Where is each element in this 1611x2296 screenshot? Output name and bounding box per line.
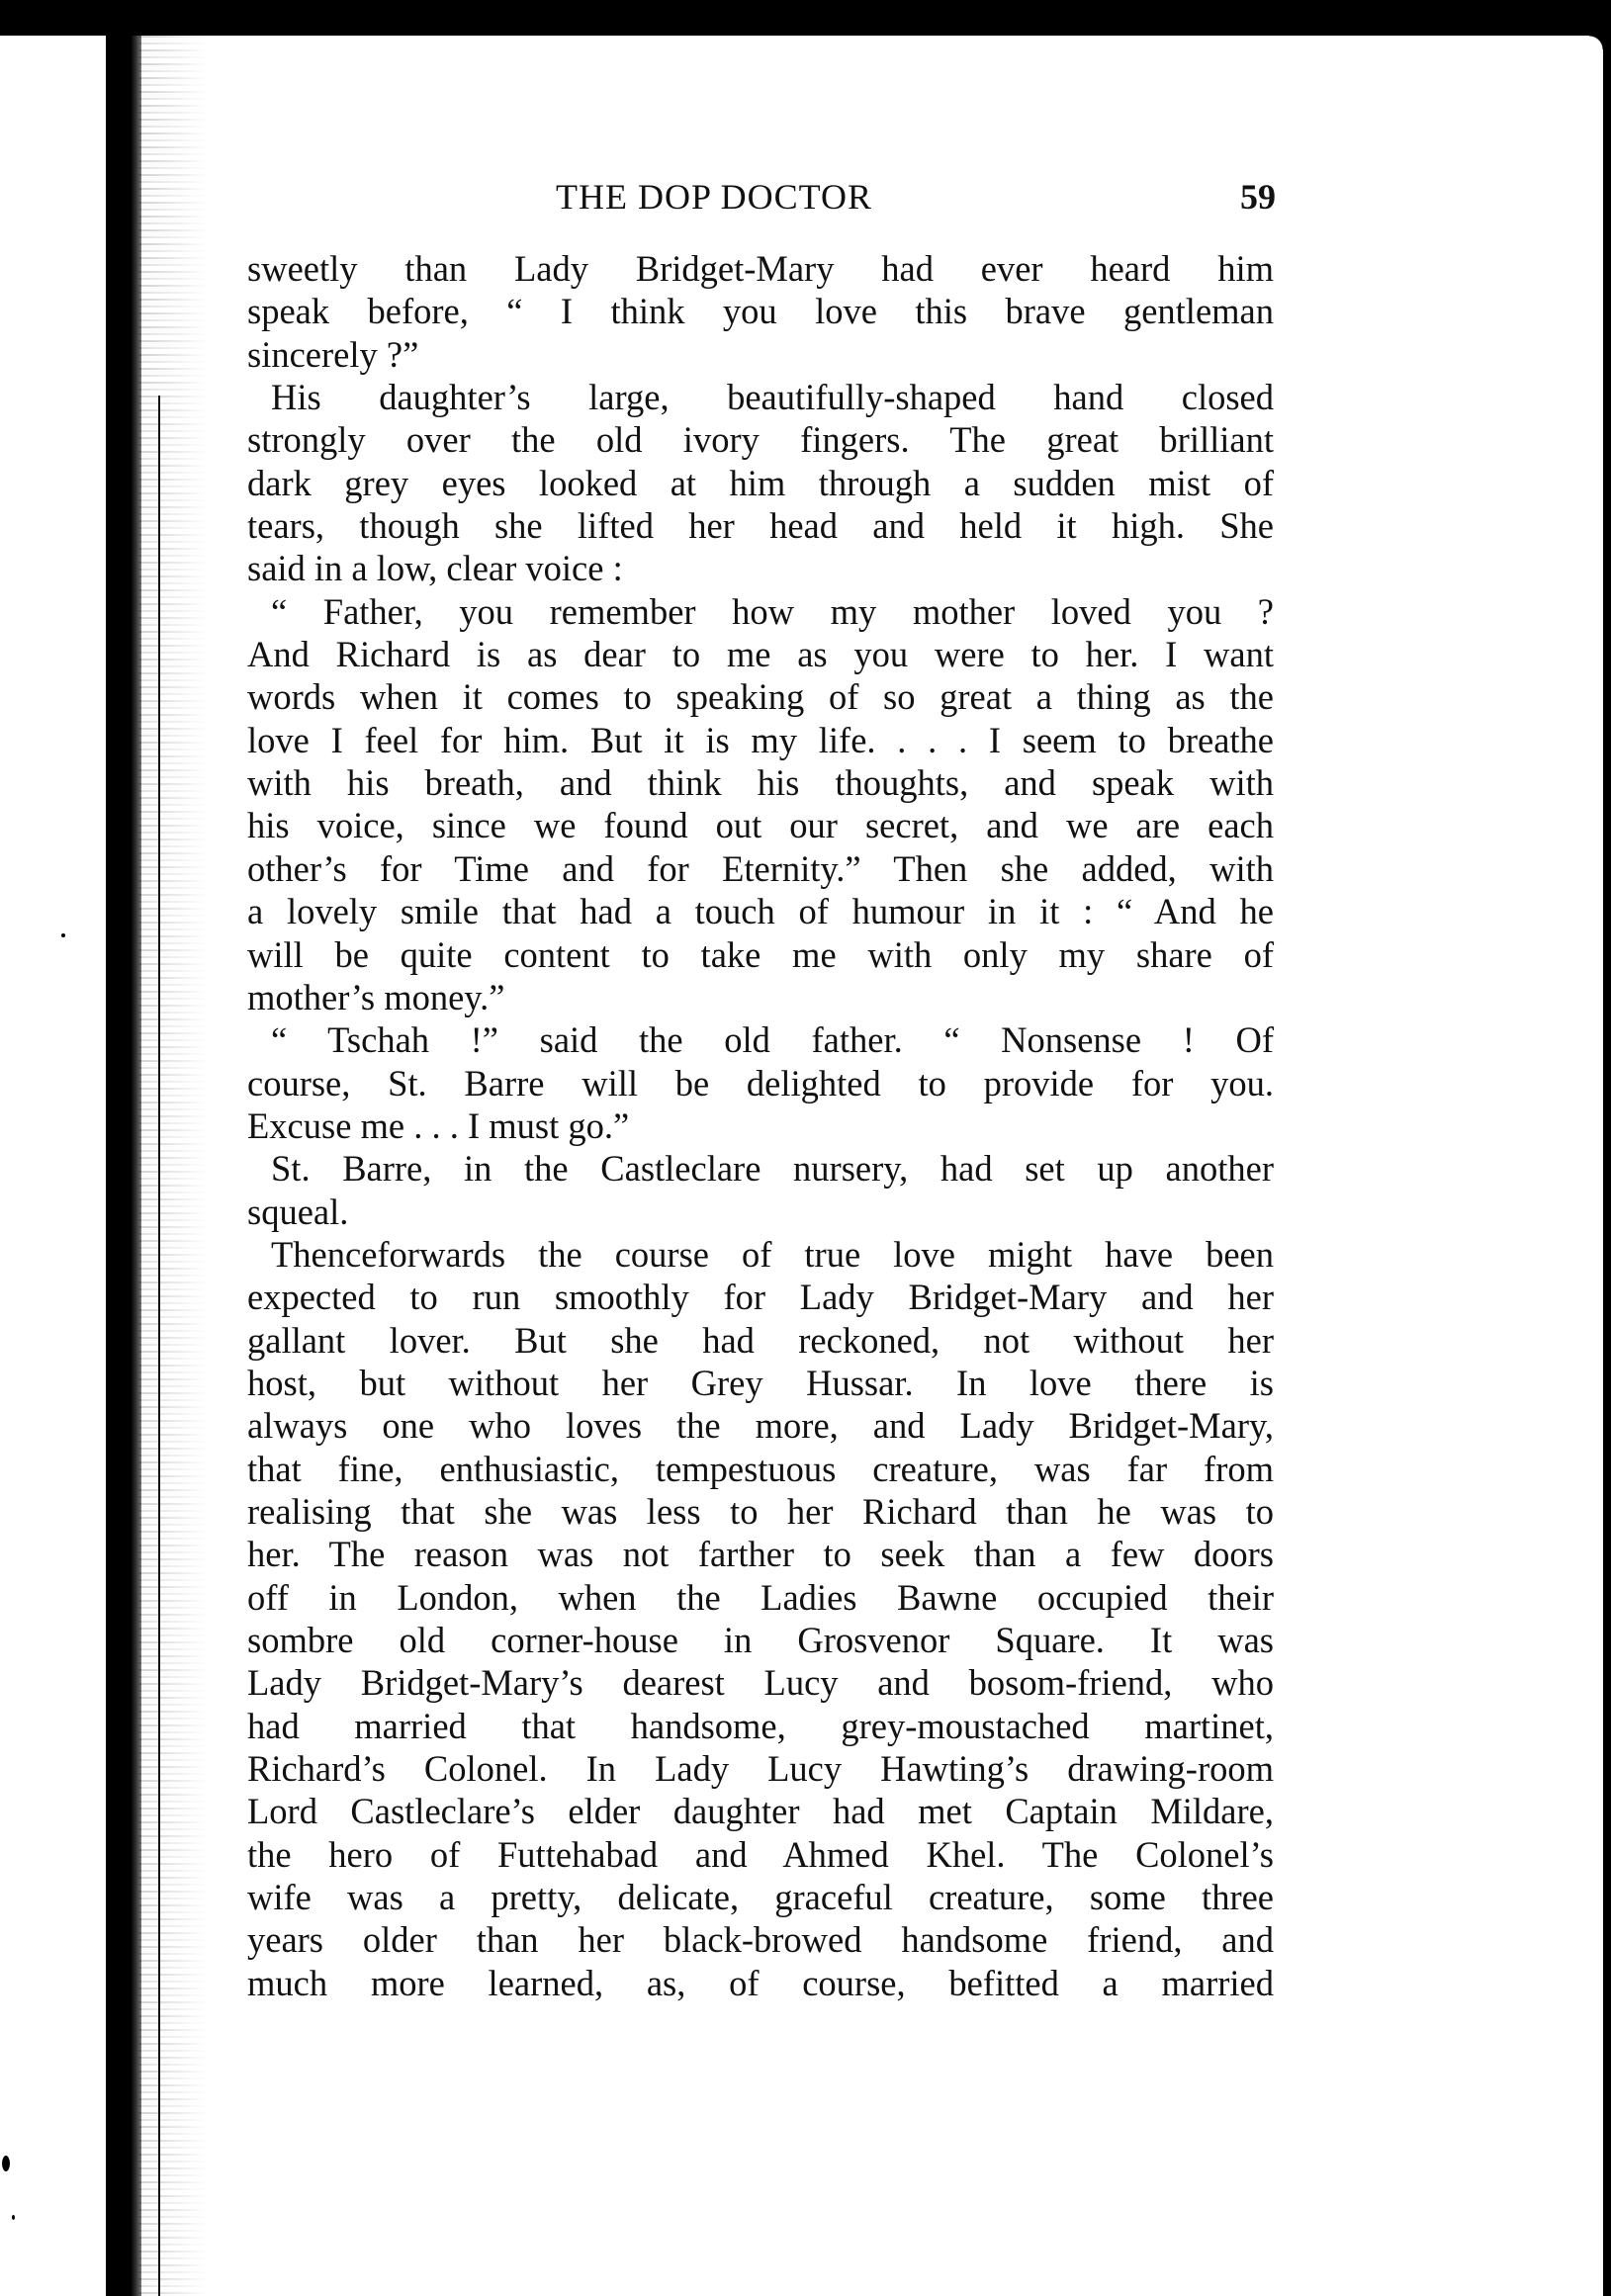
text-line: his voice, since we found out our secret…	[247, 804, 1274, 846]
text-line: St. Barre, in the Castleclare nursery, h…	[247, 1147, 1274, 1190]
text-line: Excuse me . . . I must go.”	[247, 1104, 1274, 1147]
gutter-line	[158, 396, 160, 2296]
text-line: the hero of Futtehabad and Ahmed Khel. T…	[247, 1833, 1274, 1876]
text-line: Lord Castleclare’s elder daughter had me…	[247, 1790, 1274, 1832]
page-corner	[1589, 36, 1603, 49]
page-number: 59	[1240, 174, 1276, 220]
body-text: sweetly than Lady Bridget-Mary had ever …	[247, 247, 1274, 2004]
gutter-shading	[138, 36, 208, 2296]
text-line: His daughter’s large, beautifully-shaped…	[247, 376, 1274, 418]
page-header: THE DOP DOCTOR 59	[247, 174, 1276, 220]
text-line: And Richard is as dear to me as you were…	[247, 633, 1274, 675]
scan-right-border	[1603, 0, 1611, 2296]
text-line: said in a low, clear voice :	[247, 547, 1274, 589]
text-line: love I feel for him. But it is my life. …	[247, 719, 1274, 761]
text-line: her. The reason was not farther to seek …	[247, 1533, 1274, 1575]
text-line: Richard’s Colonel. In Lady Lucy Hawting’…	[247, 1747, 1274, 1790]
text-line: Thenceforwards the course of true love m…	[247, 1233, 1274, 1276]
text-line: other’s for Time and for Eternity.” Then…	[247, 847, 1274, 890]
scan-speck	[2, 2156, 10, 2171]
text-line: squeal.	[247, 1191, 1274, 1233]
text-line: a lovely smile that had a touch of humou…	[247, 890, 1274, 932]
text-line: always one who loves the more, and Lady …	[247, 1404, 1274, 1447]
text-line: Lady Bridget-Mary’s dearest Lucy and bos…	[247, 1661, 1274, 1704]
text-line: sombre old corner-house in Grosvenor Squ…	[247, 1619, 1274, 1661]
running-title: THE DOP DOCTOR	[556, 174, 872, 220]
text-line: had married that handsome, grey-moustach…	[247, 1705, 1274, 1747]
text-line: mother’s money.”	[247, 976, 1274, 1018]
text-line: gallant lover. But she had reckoned, not…	[247, 1319, 1274, 1362]
text-line: course, St. Barre will be delighted to p…	[247, 1062, 1274, 1104]
text-line: realising that she was less to her Richa…	[247, 1490, 1274, 1533]
text-line: wife was a pretty, delicate, graceful cr…	[247, 1876, 1274, 1918]
text-line: dark grey eyes looked at him through a s…	[247, 462, 1274, 504]
text-line: with his breath, and think his thoughts,…	[247, 761, 1274, 804]
text-line: expected to run smoothly for Lady Bridge…	[247, 1276, 1274, 1318]
scan-speck	[61, 933, 65, 937]
text-line: sincerely ?”	[247, 333, 1274, 376]
text-line: “ Tschah !” said the old father. “ Nonse…	[247, 1018, 1274, 1061]
text-line: much more learned, as, of course, befitt…	[247, 1962, 1274, 2004]
text-line: that fine, enthusiastic, tempestuous cre…	[247, 1448, 1274, 1490]
text-line: years older than her black-browed handso…	[247, 1918, 1274, 1961]
text-line: off in London, when the Ladies Bawne occ…	[247, 1576, 1274, 1619]
text-line: strongly over the old ivory fingers. The…	[247, 418, 1274, 461]
text-line: “ Father, you remember how my mother lov…	[247, 590, 1274, 633]
text-line: words when it comes to speaking of so gr…	[247, 675, 1274, 718]
text-line: host, but without her Grey Hussar. In lo…	[247, 1362, 1274, 1404]
text-line: speak before, “ I think you love this br…	[247, 290, 1274, 332]
scan-top-border	[0, 0, 1611, 36]
book-spine-shadow	[106, 36, 141, 2296]
text-line: sweetly than Lady Bridget-Mary had ever …	[247, 247, 1274, 290]
text-line: will be quite content to take me with on…	[247, 933, 1274, 976]
text-line: tears, though she lifted her head and he…	[247, 504, 1274, 547]
scan-speck	[12, 2215, 15, 2220]
